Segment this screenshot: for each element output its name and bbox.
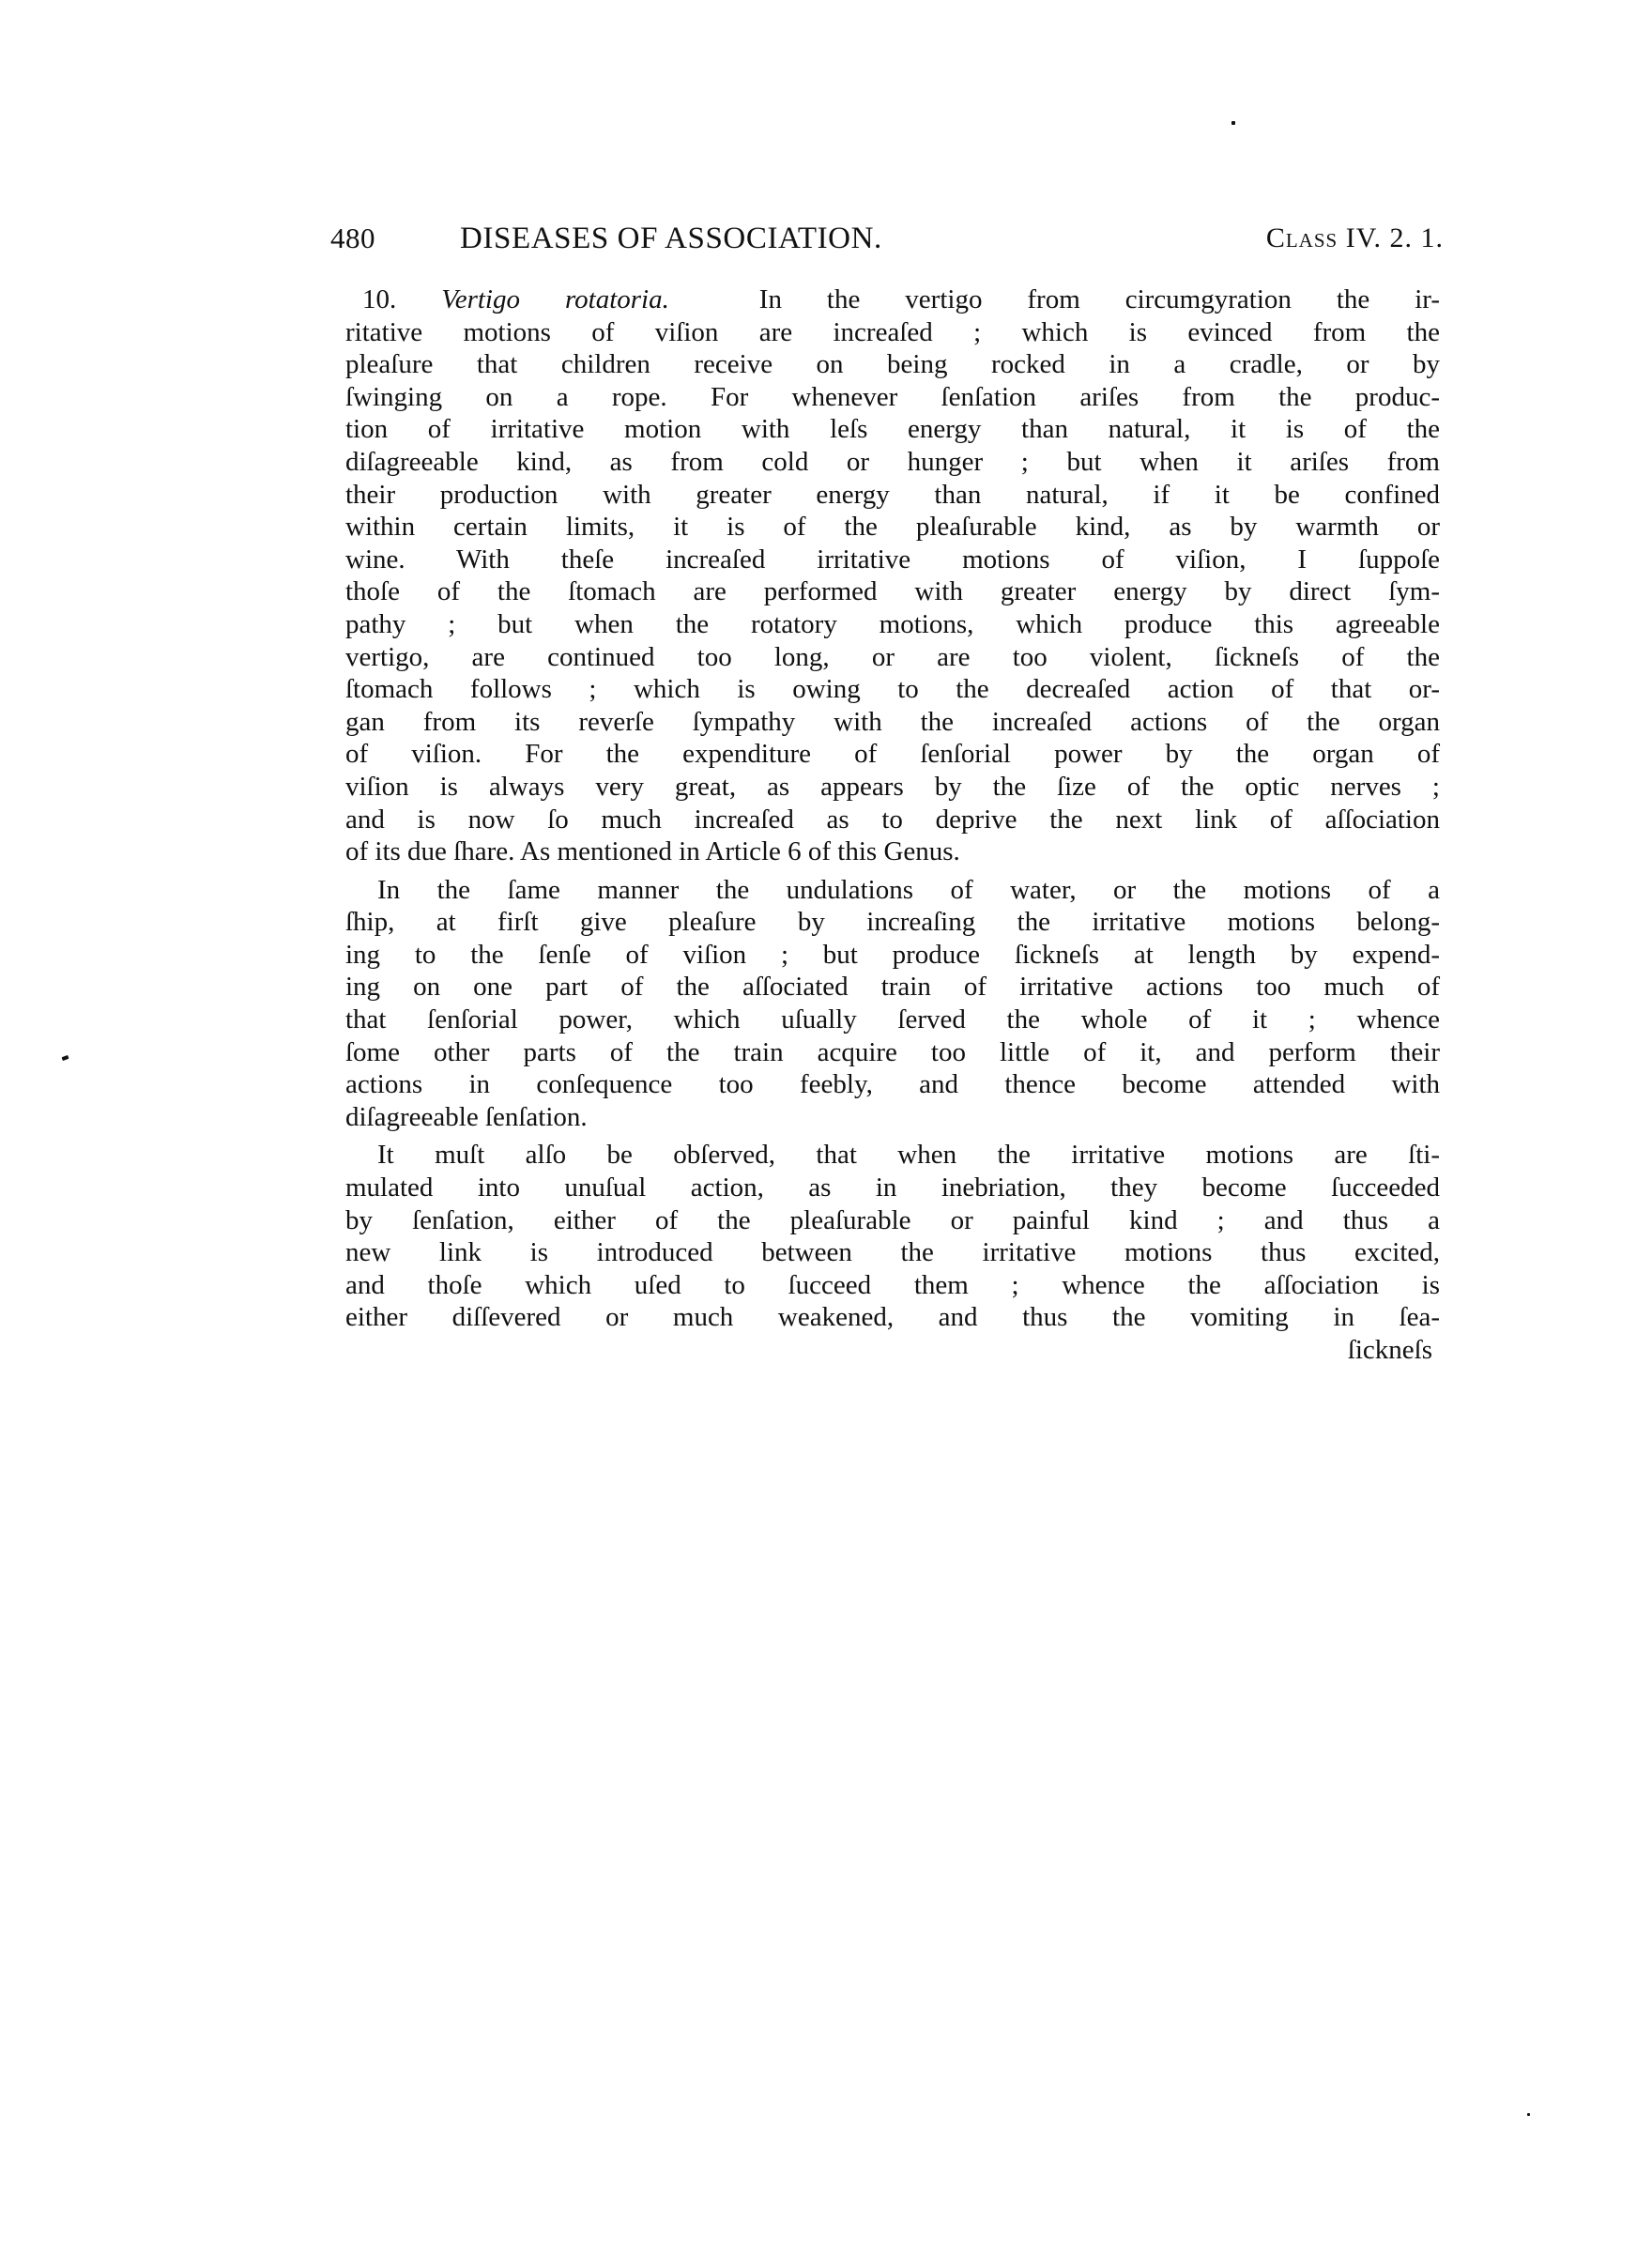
paragraph-vertigo-rotatoria: 10. Vertigo rotatoria. In the vertigo fr… <box>345 284 1440 868</box>
text-line: It muſt alſo be obſerved, that when the … <box>345 1139 1440 1172</box>
text-line: of viſion. For the expenditure of ſenſor… <box>345 738 1440 771</box>
text-line: wine. With theſe increaſed irritative mo… <box>345 544 1440 576</box>
text-line: In the ſame manner the undulations of wa… <box>345 874 1440 907</box>
text-line: ſtomach follows ; which is owing to the … <box>345 673 1440 706</box>
text-line: new link is introduced between the irrit… <box>345 1236 1440 1269</box>
text-line: gan from its reverſe ſympathy with the i… <box>345 706 1440 739</box>
running-head: 480 DISEASES OF ASSOCIATION. Class IV. 2… <box>330 218 1444 259</box>
text-line: pathy ; but when the rotatory motions, w… <box>345 608 1440 641</box>
text-line: within certain limits, it is of the plea… <box>345 511 1440 544</box>
book-page: 480 DISEASES OF ASSOCIATION. Class IV. 2… <box>0 0 1652 2253</box>
class-reference: Class IV. 2. 1. <box>1266 218 1444 259</box>
text-line: vertigo, are continued too long, or are … <box>345 641 1440 674</box>
scan-speck <box>62 1055 69 1061</box>
text-line: and thoſe which uſed to ſucceed them ; w… <box>345 1269 1440 1302</box>
text-line: of its due ſhare. As mentioned in Articl… <box>345 835 1440 868</box>
text-line: mulated into unuſual action, as in inebr… <box>345 1172 1440 1204</box>
text-line: thoſe of the ſtomach are performed with … <box>345 575 1440 608</box>
text-line: by ſenſation, either of the pleaſurable … <box>345 1204 1440 1237</box>
catchword: ſickneſs <box>345 1334 1440 1367</box>
text-line: ing to the ſenſe of viſion ; but produce… <box>345 939 1440 972</box>
paragraph-undulations: In the ſame manner the undulations of wa… <box>345 874 1440 1134</box>
text-line: actions in conſequence too feebly, and t… <box>345 1068 1440 1101</box>
text-line: pleaſure that children receive on being … <box>345 348 1440 381</box>
article-number: 10. <box>362 284 396 314</box>
running-title: DISEASES OF ASSOCIATION. <box>460 218 882 259</box>
text-line: ſwinging on a rope. For whenever ſenſati… <box>345 381 1440 414</box>
text-line-content: In the vertigo from circumgyration the i… <box>759 284 1440 314</box>
text-line: diſagreeable ſenſation. <box>345 1101 1440 1134</box>
text-line: diſagreeable kind, as from cold or hunge… <box>345 446 1440 479</box>
article-heading: Vertigo rotatoria. <box>441 284 669 314</box>
text-line: ing on one part of the aſſociated train … <box>345 971 1440 1004</box>
text-line: either diſſevered or much weakened, and … <box>345 1301 1440 1334</box>
text-line: and is now ſo much increaſed as to depri… <box>345 804 1440 836</box>
text-line: viſion is always very great, as appears … <box>345 771 1440 804</box>
text-line: tion of irritative motion with leſs ener… <box>345 413 1440 446</box>
text-line: ritative motions of viſion are increaſed… <box>345 316 1440 349</box>
page-number: 480 <box>330 218 375 259</box>
text-line: their production with greater energy tha… <box>345 479 1440 512</box>
text-line: ſhip, at firſt give pleaſure by increaſi… <box>345 906 1440 939</box>
paragraph-inebriation: It muſt alſo be obſerved, that when the … <box>345 1139 1440 1334</box>
text-line: that ſenſorial power, which uſually ſerv… <box>345 1004 1440 1036</box>
body-text: 10. Vertigo rotatoria. In the vertigo fr… <box>345 284 1440 1367</box>
scan-speck <box>1527 2113 1530 2116</box>
text-line: ſome other parts of the train acquire to… <box>345 1036 1440 1069</box>
scan-speck <box>1231 121 1235 125</box>
text-line: 10. Vertigo rotatoria. In the vertigo fr… <box>345 284 1440 316</box>
